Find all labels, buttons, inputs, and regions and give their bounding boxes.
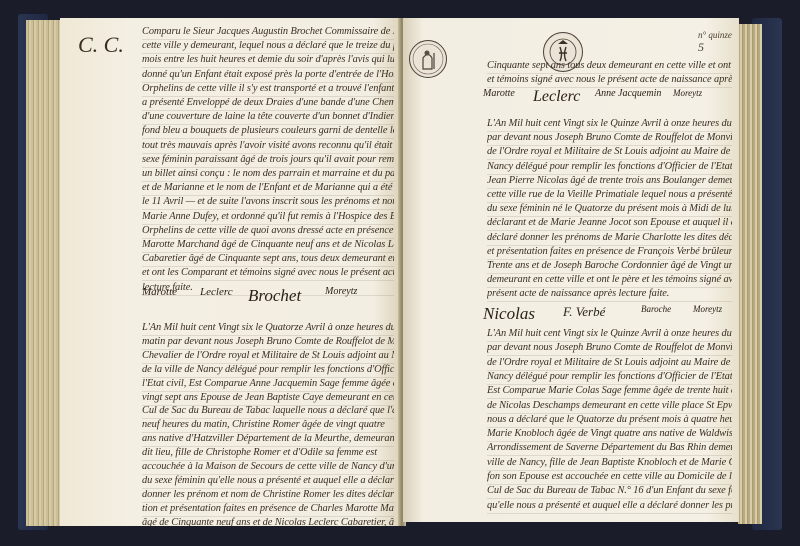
right-entry-2-line: Jean Pierre Nicolas âgé de trente trois … (487, 175, 732, 186)
margin-initials: C. C. (78, 32, 124, 58)
left-entry-2-line: dit lieu, fille de Christophe Romer et d… (142, 447, 394, 458)
folio-note: n° quinze 5 (698, 30, 739, 55)
left-entry-2-line: ans native d'Hatzviller Département de l… (142, 433, 394, 444)
right-entry-3-line: par devant nous Joseph Bruno Comte de Ro… (487, 342, 732, 353)
right-entry-2-line: L'An Mil huit cent Vingt six le Quinze A… (487, 118, 732, 129)
right-entry-1-line: Cinquante sept ans tous deux demeurant e… (487, 60, 732, 71)
right-entry-2-line: par devant nous Joseph Bruno Comte de Ro… (487, 132, 732, 143)
right-entry-2-line: du sexe féminin né le Quatorze du présen… (487, 203, 732, 214)
page-edges-left (26, 20, 62, 526)
left-entry-1-line: mois entre les huit heures et demie du s… (142, 54, 394, 65)
left-entry-2-line: Cul de Sac du Bureau de Tabac laquelle n… (142, 405, 394, 416)
left-entry-1-signature: Moreytz (325, 286, 357, 297)
left-entry-1-line: et de Marianne et le nom de l'Enfant et … (142, 182, 394, 193)
left-entry-2-line: tion et présentation faites en présence … (142, 503, 394, 514)
left-entry-1-signature: Marotte (142, 286, 177, 298)
right-entry-1-signature: Marotte (483, 88, 515, 99)
left-entry-1-line: un billet ainsi conçu : le nom des parra… (142, 168, 394, 179)
left-entry-1-line: tout très mauvais après l'avoir visité a… (142, 140, 394, 151)
right-page: n° quinze 5 Cinquante sept ans tous deux… (403, 18, 739, 522)
left-entry-1-line: Cabaretier âgé de Cinquante sept ans, to… (142, 253, 394, 264)
right-entry-2-line: présent acte de naissance après lecture … (487, 288, 732, 299)
page-edges-right (738, 24, 762, 524)
right-entry-3-line: L'An Mil huit cent Vingt six le Quinze A… (487, 328, 732, 339)
right-entry-2-signature: Nicolas (483, 304, 535, 324)
right-entry-3-line: nous a déclaré que le Quatorze du présen… (487, 414, 732, 425)
left-entry-2-line: matin par devant nous Joseph Bruno Comte… (142, 336, 394, 347)
ruled-line (487, 301, 732, 302)
right-entry-1-signature: Anne Jacquemin (595, 88, 661, 99)
left-entry-1-line: fond bleu a bouquets de plusieurs couleu… (142, 125, 394, 136)
left-entry-1-line: Orphelins de cette ville de quoi avons d… (142, 225, 394, 236)
right-entry-2-line: et présentation faites en présence de Fr… (487, 246, 732, 257)
ruled-line (487, 513, 732, 514)
left-entry-2-line: de la ville de Nancy délégué pour rempli… (142, 364, 394, 375)
right-entry-3-line: Nancy délégué pour remplir les fonctions… (487, 371, 732, 382)
right-entry-3-line: Marie Knobloch âgée de Vingt quatre ans … (487, 428, 732, 439)
left-entry-2-line: âgé de Cinquante neuf ans et de Nicolas … (142, 517, 394, 526)
left-entry-1-line: Marotte Marchand âgé de Cinquante neuf a… (142, 239, 394, 250)
allegorical-seal-icon (409, 40, 447, 78)
right-entry-2-line: Nancy délégué pour remplir les fonctions… (487, 161, 732, 172)
right-entry-3-line: Arrondissement de Saverne Département du… (487, 442, 732, 453)
right-entry-2-signature: Baroche (641, 304, 671, 314)
right-entry-2-line: de l'Ordre royal et Militaire de St Loui… (487, 146, 732, 157)
right-entry-2-line: Trente ans et de Joseph Baroche Cordonni… (487, 260, 732, 271)
left-entry-1-line: d'une couverture de laine la tête couver… (142, 111, 394, 122)
right-entry-1-signature: Moreytz (673, 88, 702, 98)
left-page: C. C. Comparu le Sieur Jacques Augustin … (60, 18, 400, 526)
right-entry-3-line: fon son Epouse est accouchée en cette vi… (487, 471, 732, 482)
right-entry-1-signature: Leclerc (533, 88, 580, 106)
right-entry-2-line: demeurant en cette ville et ont le père … (487, 274, 732, 285)
right-entry-3-line: qu'elle nous a présenté et auquel elle a… (487, 500, 732, 511)
left-entry-1-line: sexe féminin paraissant âgé de trois jou… (142, 154, 394, 165)
right-entry-2-line: déclarant et de Marie Jeanne Jocot son E… (487, 217, 732, 228)
left-entry-2-line: neuf heures du matin, Christine Romer âg… (142, 419, 394, 430)
left-entry-2-line: L'An Mil huit cent Vingt six le Quatorze… (142, 322, 394, 333)
right-entry-2-signature: F. Verbé (563, 304, 605, 320)
left-entry-1-line: cette ville y demeurant, lequel nous a d… (142, 40, 394, 51)
right-entry-1-line: et témoins signé avec nous le présent ac… (487, 74, 732, 85)
left-entry-1-line: Marie Anne Dufey, et ordonné qu'il fut r… (142, 211, 394, 222)
left-entry-1-signature: Brochet (248, 286, 301, 306)
left-entry-1-signature: Leclerc (200, 286, 233, 298)
folio-note-text: n° quinze (698, 30, 732, 40)
left-entry-1-line: a présenté Enveloppé de deux Draies d'un… (142, 97, 394, 108)
left-entry-2-line: l'Etat civil, Est Comparue Anne Jacquemi… (142, 378, 394, 389)
folio-number: 5 (698, 40, 704, 54)
left-entry-1-line: Comparu le Sieur Jacques Augustin Broche… (142, 26, 394, 37)
right-entry-2-line: cette ville rue de la Vieille Primatiale… (487, 189, 732, 200)
right-entry-3-line: ville de Nancy, fille de Jean Baptiste K… (487, 457, 732, 468)
left-entry-2-line: du sexe féminin qu'elle nous a présenté … (142, 475, 394, 486)
right-entry-2-signature: Moreytz (693, 304, 722, 314)
left-entry-2-line: Chevalier de l'Ordre royal et Militaire … (142, 350, 394, 361)
left-entry-2-line: accouchée à la Maison de Secours de cett… (142, 461, 394, 472)
left-entry-1-line: Orphelins de cette ville il s'y est tran… (142, 83, 394, 94)
right-entry-3-line: Est Comparue Marie Colas Sage femme âgée… (487, 385, 732, 396)
right-entry-3-line: de Nicolas Deschamps demeurant en cette … (487, 400, 732, 411)
left-entry-1-line: donné qu'un Enfant était exposé près la … (142, 69, 394, 80)
left-entry-2-line: donner les prénom et nom de Christine Ro… (142, 489, 394, 500)
left-entry-1-line: le 11 Avril — et de suite l'avons inscri… (142, 196, 394, 207)
right-entry-3-line: de l'Ordre royal et Militaire de St Loui… (487, 357, 732, 368)
left-entry-1-line: et ont les Comparant et témoins signé av… (142, 267, 394, 278)
right-entry-3-line: Cul de Sac du Bureau de Tabac N.° 16 d'u… (487, 485, 732, 496)
left-entry-2-line: vingt sept ans Epouse de Jean Baptiste C… (142, 392, 394, 403)
right-entry-2-line: déclaré donner les prénoms de Marie Char… (487, 232, 732, 243)
